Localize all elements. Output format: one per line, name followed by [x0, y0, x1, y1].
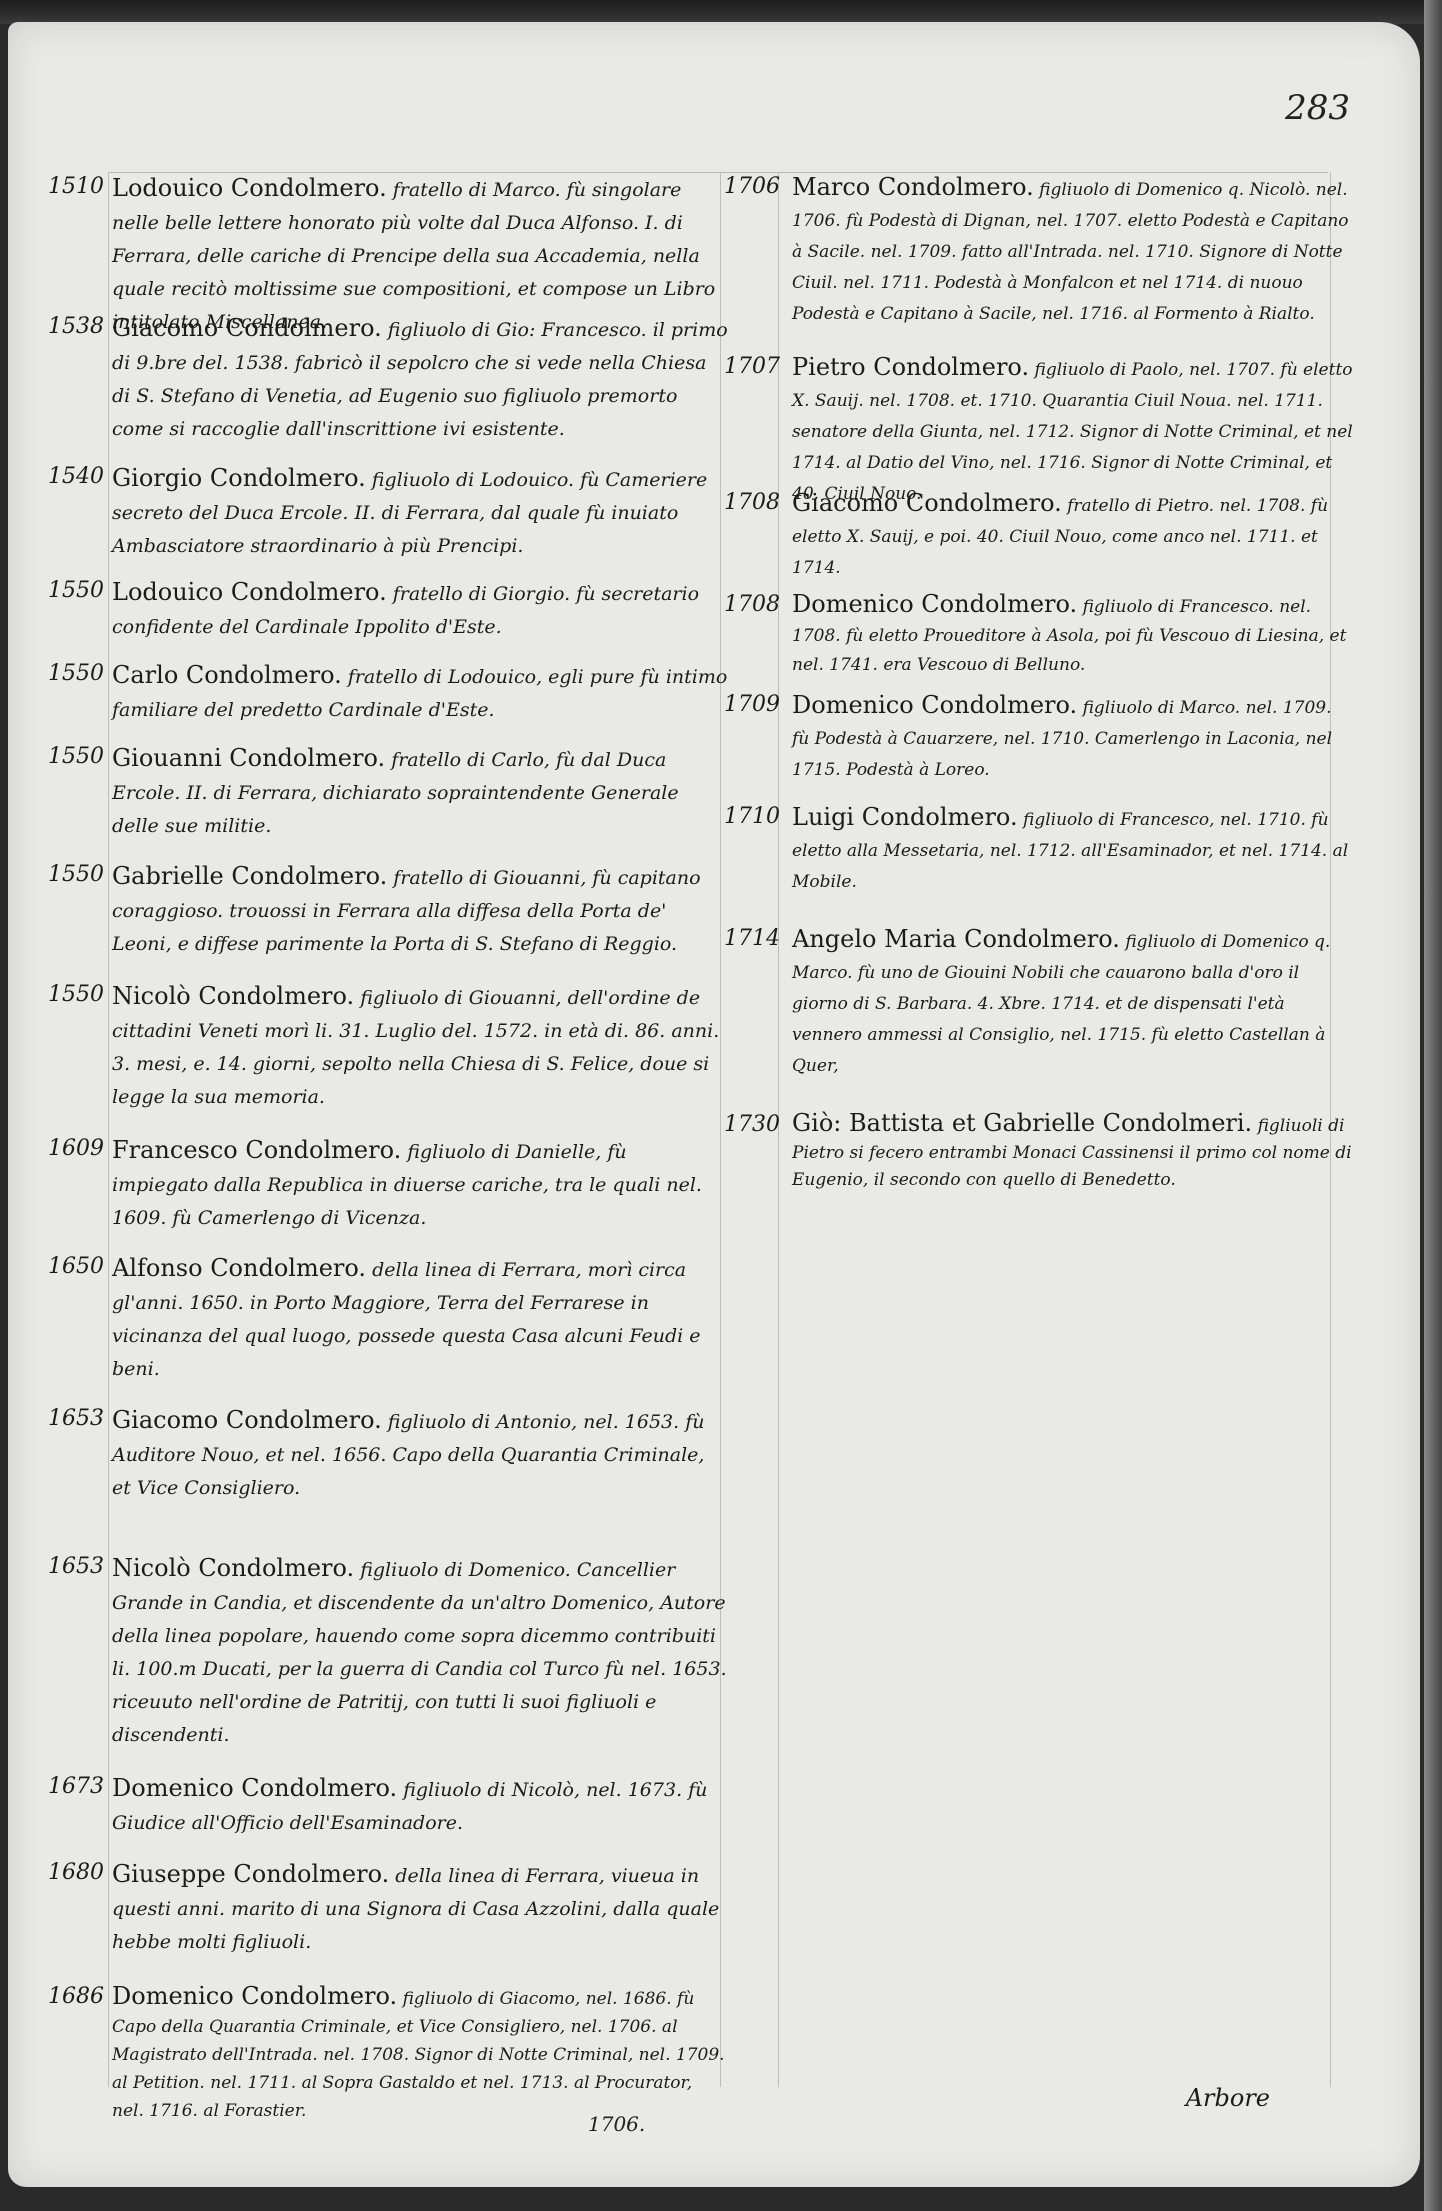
entry-year: 1680	[48, 1858, 112, 1885]
entry-1680-giuseppe: 1680 Giuseppe Condolmero. della linea di…	[48, 1858, 728, 1959]
entry-year: 1707	[724, 352, 792, 379]
entry-year: 1730	[724, 1110, 792, 1137]
entry-name: Carlo Condolmero.	[112, 661, 342, 689]
entry-1540-giorgio: 1540 Giorgio Condolmero. figliuolo di Lo…	[48, 462, 728, 563]
entry-name: Domenico Condolmero.	[792, 590, 1077, 618]
entry-text: figliuolo di Paolo, nel. 1707. fù eletto…	[792, 360, 1353, 504]
folio-number: 283	[1285, 88, 1350, 128]
entry-year: 1550	[48, 980, 112, 1007]
entry-year: 1550	[48, 659, 112, 686]
entry-name: Alfonso Condolmero.	[112, 1254, 366, 1282]
entry-year: 1708	[724, 590, 792, 617]
entry-1538-giacomo: 1538 Giacomo Condolmero. figliuolo di Gi…	[48, 312, 728, 446]
entry-1714-angelo-maria: 1714 Angelo Maria Condolmero. figliuolo …	[724, 924, 1354, 1082]
entry-1673-domenico: 1673 Domenico Condolmero. figliuolo di N…	[48, 1772, 728, 1840]
entry-1653-giacomo: 1653 Giacomo Condolmero. figliuolo di An…	[48, 1404, 728, 1505]
entry-year: 1609	[48, 1134, 112, 1161]
entry-name: Domenico Condolmero.	[792, 691, 1077, 719]
scan-border-top	[0, 0, 1442, 24]
entry-name: Marco Condolmero.	[792, 173, 1034, 201]
entry-1707-pietro: 1707 Pietro Condolmero. figliuolo di Pao…	[724, 352, 1354, 510]
entry-1550-giouanni: 1550 Giouanni Condolmero. fratello di Ca…	[48, 742, 728, 843]
entry-1550-nicolo: 1550 Nicolò Condolmero. figliuolo di Gio…	[48, 980, 728, 1114]
entry-name: Nicolò Condolmero.	[112, 1554, 354, 1582]
entry-1550-carlo: 1550 Carlo Condolmero. fratello di Lodou…	[48, 659, 728, 727]
entry-text: fratello di Marco. fù singolare nelle be…	[112, 179, 715, 333]
entry-year: 1686	[48, 1982, 112, 2009]
entry-name: Angelo Maria Condolmero.	[792, 925, 1120, 953]
entry-name: Lodouico Condolmero.	[112, 578, 387, 606]
entry-year: 1708	[724, 488, 792, 515]
entry-year: 1653	[48, 1552, 112, 1579]
entry-year: 1550	[48, 576, 112, 603]
entry-year: 1673	[48, 1772, 112, 1799]
entry-year: 1540	[48, 462, 112, 489]
scan-border-right	[1424, 0, 1442, 2211]
entry-year: 1538	[48, 312, 112, 339]
entry-1708-giacomo: 1708 Giacomo Condolmero. fratello di Pie…	[724, 488, 1354, 584]
entry-1650-alfonso: 1650 Alfonso Condolmero. della linea di …	[48, 1252, 728, 1386]
entry-name: Giacomo Condolmero.	[112, 314, 382, 342]
entry-year: 1709	[724, 690, 792, 717]
entry-year: 1710	[724, 802, 792, 829]
entry-name: Gabrielle Condolmero.	[112, 862, 387, 890]
entry-name: Lodouico Condolmero.	[112, 174, 387, 202]
entry-text: figliuolo di Domenico. Cancellier Grande…	[112, 1559, 727, 1746]
entry-name: Giuseppe Condolmero.	[112, 1860, 389, 1888]
entry-year: 1510	[48, 172, 112, 199]
entry-name: Nicolò Condolmero.	[112, 982, 354, 1010]
entry-name: Giorgio Condolmero.	[112, 464, 366, 492]
entry-name: Giacomo Condolmero.	[112, 1406, 382, 1434]
entry-year: 1706	[724, 172, 792, 199]
entry-name: Domenico Condolmero.	[112, 1774, 397, 1802]
continuation-year-note: 1706.	[588, 2112, 645, 2136]
entry-1686-domenico: 1686 Domenico Condolmero. figliuolo di G…	[48, 1982, 728, 2125]
entry-1706-marco: 1706 Marco Condolmero. figliuolo di Dome…	[724, 172, 1354, 330]
entry-1710-luigi: 1710 Luigi Condolmero. figliuolo di Fran…	[724, 802, 1354, 898]
entry-text: figliuolo di Domenico q. Nicolò. nel. 17…	[792, 180, 1349, 324]
entry-name: Luigi Condolmero.	[792, 803, 1018, 831]
entry-name: Domenico Condolmero.	[112, 1982, 397, 2010]
entry-year: 1653	[48, 1404, 112, 1431]
entry-name: Giouanni Condolmero.	[112, 744, 385, 772]
entry-1709-domenico: 1709 Domenico Condolmero. figliuolo di M…	[724, 690, 1354, 786]
entry-name: Francesco Condolmero.	[112, 1136, 401, 1164]
entry-year: 1714	[724, 924, 792, 951]
entry-1609-francesco: 1609 Francesco Condolmero. figliuolo di …	[48, 1134, 728, 1235]
entry-1653-nicolo: 1653 Nicolò Condolmero. figliuolo di Dom…	[48, 1552, 728, 1752]
entry-1550-lodouico: 1550 Lodouico Condolmero. fratello di Gi…	[48, 576, 728, 644]
entry-year: 1550	[48, 860, 112, 887]
entry-1708-domenico: 1708 Domenico Condolmero. figliuolo di F…	[724, 590, 1354, 680]
entry-1550-gabrielle: 1550 Gabrielle Condolmero. fratello di G…	[48, 860, 728, 961]
manuscript-page: 283 1510 Lodouico Condolmero. fratello d…	[8, 22, 1420, 2187]
entry-year: 1550	[48, 742, 112, 769]
entry-year: 1650	[48, 1252, 112, 1279]
entry-name: Giacomo Condolmero.	[792, 489, 1062, 517]
catchword: Arbore	[1186, 2084, 1270, 2112]
entry-text: figliuolo di Domenico q. Marco. fù uno d…	[792, 932, 1330, 1076]
entry-name: Giò: Battista et Gabrielle Condolmeri.	[792, 1109, 1252, 1137]
entry-name: Pietro Condolmero.	[792, 353, 1029, 381]
entry-1730-gio-battista-gabrielle: 1730 Giò: Battista et Gabrielle Condolme…	[724, 1110, 1354, 1194]
